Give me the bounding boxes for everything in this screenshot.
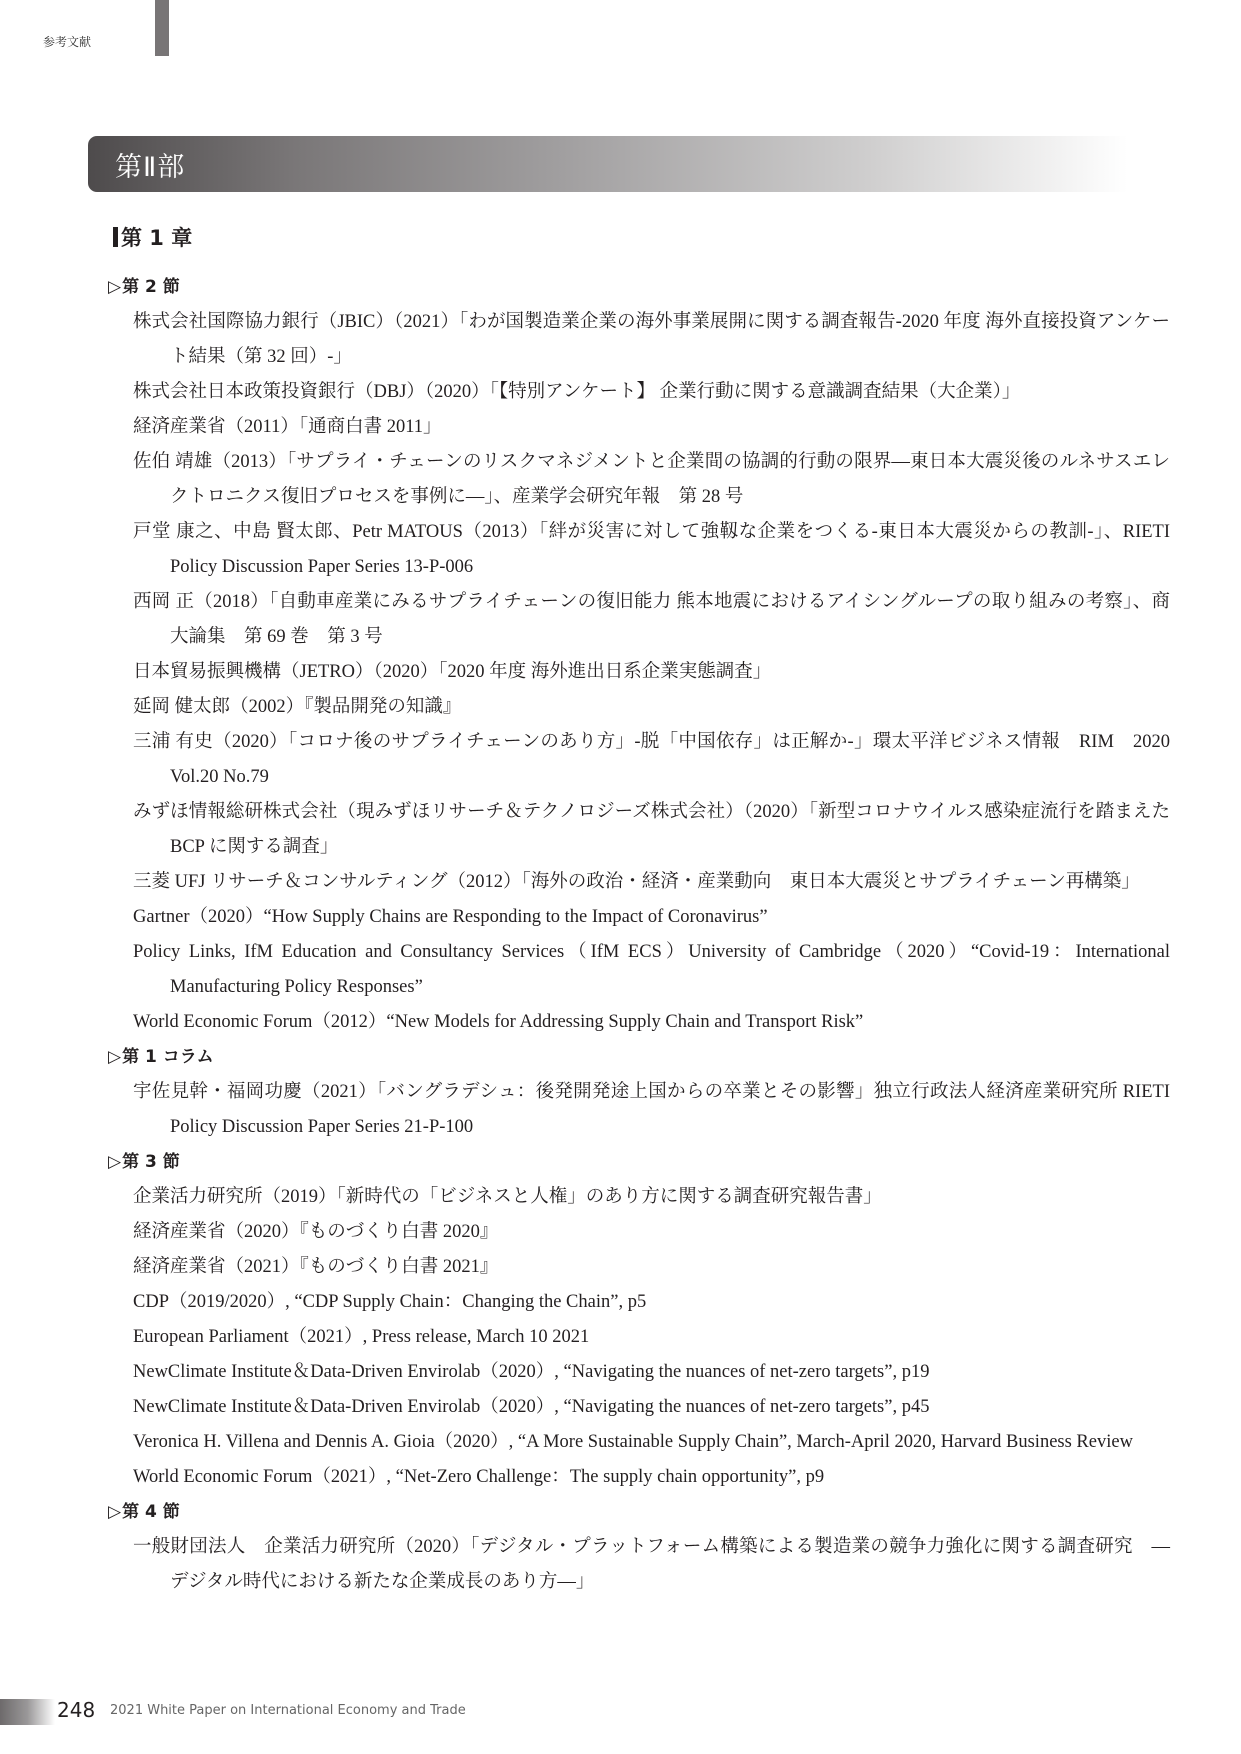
chapter-title: 第 1 章 <box>121 222 192 252</box>
running-head-label: 参考文献 <box>43 33 91 50</box>
reference-item: 三菱 UFJ リサーチ＆コンサルティング（2012）「海外の政治・経済・産業動向… <box>108 865 1170 900</box>
reference-item: NewClimate Institute＆Data-Driven Envirol… <box>108 1390 1170 1425</box>
page-footer: 248 2021 White Paper on International Ec… <box>0 1698 600 1726</box>
section-title: 第 1 コラム <box>122 1040 214 1075</box>
part-title: 第Ⅱ部 <box>115 145 185 184</box>
reference-item: CDP（2019/2020）, “CDP Supply Chain：Changi… <box>108 1285 1170 1320</box>
page-number: 248 <box>57 1698 95 1722</box>
footer-gradient-tab <box>0 1699 55 1725</box>
reference-item: 西岡 正（2018）「自動車産業にみるサプライチェーンの復旧能力 熊本地震におけ… <box>108 585 1170 655</box>
triangle-right-icon: ▷ <box>108 1145 121 1180</box>
triangle-right-icon: ▷ <box>108 1495 121 1530</box>
reference-item: European Parliament（2021）, Press release… <box>108 1320 1170 1355</box>
section-heading: ▷ 第 3 節 <box>108 1145 1128 1180</box>
reference-item: 株式会社日本政策投資銀行（DBJ）（2020）「【特別アンケート】 企業行動に関… <box>108 375 1170 410</box>
section-3: ▷ 第 3 節 企業活力研究所（2019）「新時代の「ビジネスと人権」のあり方に… <box>108 1145 1128 1495</box>
running-head-tab <box>155 0 169 56</box>
section-heading: ▷ 第 1 コラム <box>108 1040 1128 1075</box>
reference-item: 企業活力研究所（2019）「新時代の「ビジネスと人権」のあり方に関する調査研究報… <box>108 1180 1170 1215</box>
section-4: ▷ 第 4 節 一般財団法人 企業活力研究所（2020）「デジタル・プラットフォ… <box>108 1495 1128 1600</box>
part-header-bar: 第Ⅱ部 <box>88 136 1128 192</box>
reference-list: ▷ 第 2 節 株式会社国際協力銀行（JBIC）（2021）「わが国製造業企業の… <box>108 270 1128 1600</box>
section-title: 第 3 節 <box>122 1145 180 1180</box>
reference-item: NewClimate Institute＆Data-Driven Envirol… <box>108 1355 1170 1390</box>
reference-item: 経済産業省（2021）『ものづくり白書 2021』 <box>108 1250 1170 1285</box>
triangle-right-icon: ▷ <box>108 270 121 305</box>
section-heading: ▷ 第 4 節 <box>108 1495 1128 1530</box>
reference-item: 延岡 健太郎（2002）『製品開発の知識』 <box>108 690 1170 725</box>
section-2: ▷ 第 2 節 株式会社国際協力銀行（JBIC）（2021）「わが国製造業企業の… <box>108 270 1128 1040</box>
section-title: 第 2 節 <box>122 270 180 305</box>
reference-item: Policy Links, IfM Education and Consulta… <box>108 935 1170 1005</box>
chapter-heading: 第 1 章 <box>113 222 192 252</box>
reference-item: 三浦 有史（2020）「コロナ後のサプライチェーンのあり方」-脱「中国依存」は正… <box>108 725 1170 795</box>
reference-item: 株式会社国際協力銀行（JBIC）（2021）「わが国製造業企業の海外事業展開に関… <box>108 305 1170 375</box>
reference-item: World Economic Forum（2012）“New Models fo… <box>108 1005 1170 1040</box>
reference-item: みずほ情報総研株式会社（現みずほリサーチ＆テクノロジーズ株式会社）（2020）「… <box>108 795 1170 865</box>
running-head: 参考文献 <box>0 0 170 56</box>
reference-item: World Economic Forum（2021）, “Net-Zero Ch… <box>108 1460 1170 1495</box>
reference-item: Veronica H. Villena and Dennis A. Gioia（… <box>108 1425 1170 1460</box>
reference-item: 経済産業省（2020）『ものづくり白書 2020』 <box>108 1215 1170 1250</box>
triangle-right-icon: ▷ <box>108 1040 121 1075</box>
section-title: 第 4 節 <box>122 1495 180 1530</box>
section-column-1: ▷ 第 1 コラム 宇佐見幹・福岡功慶（2021）「バングラデシュ：後発開発途上… <box>108 1040 1128 1145</box>
reference-item: 佐伯 靖雄（2013）「サプライ・チェーンのリスクマネジメントと企業間の協調的行… <box>108 445 1170 515</box>
chapter-bar-mark <box>113 227 118 247</box>
reference-item: 日本貿易振興機構（JETRO）（2020）「2020 年度 海外進出日系企業実態… <box>108 655 1170 690</box>
section-heading: ▷ 第 2 節 <box>108 270 1128 305</box>
reference-item: 宇佐見幹・福岡功慶（2021）「バングラデシュ：後発開発途上国からの卒業とその影… <box>108 1075 1170 1145</box>
reference-item: 戸堂 康之、中島 賢太郎、Petr MATOUS（2013）「絆が災害に対して強… <box>108 515 1170 585</box>
reference-item: 経済産業省（2011）「通商白書 2011」 <box>108 410 1170 445</box>
publication-title: 2021 White Paper on International Econom… <box>110 1703 466 1718</box>
reference-item: Gartner（2020）“How Supply Chains are Resp… <box>108 900 1170 935</box>
reference-item: 一般財団法人 企業活力研究所（2020）「デジタル・プラットフォーム構築による製… <box>108 1530 1170 1600</box>
